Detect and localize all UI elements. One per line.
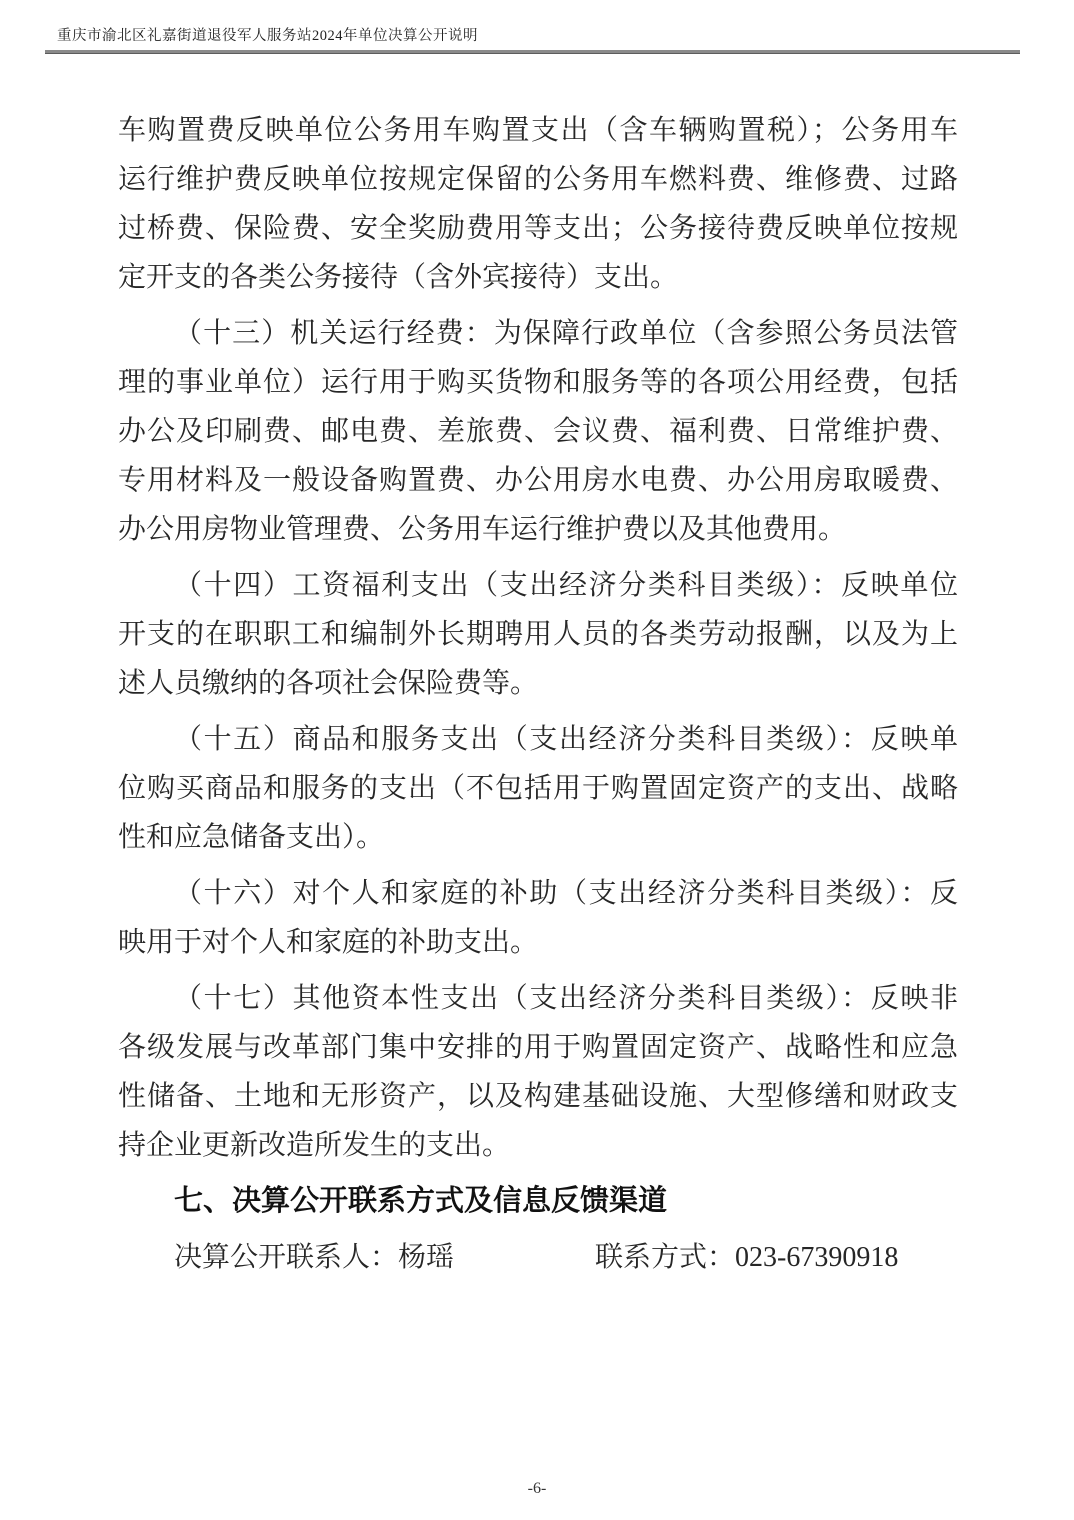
page-footer: -6- <box>0 1480 1074 1498</box>
body-line: 办公用房物业管理费、公务用车运行维护费以及其他费用。 <box>118 505 958 554</box>
section-heading: 七、决算公开联系方式及信息反馈渠道 <box>118 1177 958 1226</box>
body-line: 性储备、土地和无形资产，以及构建基础设施、大型修缮和财政支 <box>118 1072 958 1121</box>
contact-person-name: 杨瑶 <box>398 1242 454 1273</box>
body-line: 办公及印刷费、邮电费、差旅费、会议费、福利费、日常维护费、 <box>118 407 958 456</box>
body-line-paragraph-14: （十四）工资福利支出（支出经济分类科目类级）：反映单位 <box>118 561 958 610</box>
header-rule-divider <box>45 50 1020 54</box>
body-line: 专用材料及一般设备购置费、办公用房水电费、办公用房取暖费、 <box>118 456 958 505</box>
body-line: 性和应急储备支出）。 <box>118 813 958 862</box>
contact-phone-number: 023-67390918 <box>735 1242 898 1273</box>
body-line-paragraph-17: （十七）其他资本性支出（支出经济分类科目类级）：反映非 <box>118 974 958 1023</box>
body-line: 述人员缴纳的各项社会保险费等。 <box>118 659 958 708</box>
contact-person-label: 决算公开联系人： <box>174 1242 398 1273</box>
body-line: 定开支的各类公务接待（含外宾接待）支出。 <box>118 253 958 302</box>
header-title: 重庆市渝北区礼嘉街道退役军人服务站2024年单位决算公开说明 <box>45 26 1020 46</box>
document-page: 重庆市渝北区礼嘉街道退役军人服务站2024年单位决算公开说明 车购置费反映单位公… <box>0 0 1074 1520</box>
body-line: 位购买商品和服务的支出（不包括用于购置固定资产的支出、战略 <box>118 764 958 813</box>
body-line: 映用于对个人和家庭的补助支出。 <box>118 918 958 967</box>
body-line-paragraph-15: （十五）商品和服务支出（支出经济分类科目类级）：反映单 <box>118 715 958 764</box>
body-line: 车购置费反映单位公务用车购置支出（含车辆购置税）；公务用车 <box>118 106 958 155</box>
body-line: 各级发展与改革部门集中安排的用于购置固定资产、战略性和应急 <box>118 1023 958 1072</box>
body-line: 持企业更新改造所发生的支出。 <box>118 1121 958 1170</box>
body-line: 理的事业单位）运行用于购买货物和服务等的各项公用经费，包括 <box>118 358 958 407</box>
contact-line: 决算公开联系人：杨瑶 联系方式：023-67390918 <box>118 1233 958 1282</box>
page-header: 重庆市渝北区礼嘉街道退役军人服务站2024年单位决算公开说明 <box>45 26 1020 54</box>
body-line: 运行维护费反映单位按规定保留的公务用车燃料费、维修费、过路 <box>118 155 958 204</box>
body-line-paragraph-13: （十三）机关运行经费：为保障行政单位（含参照公务员法管 <box>118 309 958 358</box>
body-line-paragraph-16: （十六）对个人和家庭的补助（支出经济分类科目类级）：反 <box>118 869 958 918</box>
document-body: 车购置费反映单位公务用车购置支出（含车辆购置税）；公务用车 运行维护费反映单位按… <box>118 106 958 1282</box>
contact-method-label: 联系方式： <box>595 1242 735 1273</box>
body-line: 开支的在职职工和编制外长期聘用人员的各类劳动报酬，以及为上 <box>118 610 958 659</box>
contact-phone-group: 联系方式：023-67390918 <box>595 1233 898 1282</box>
page-number: -6- <box>528 1480 547 1497</box>
body-line: 过桥费、保险费、安全奖励费用等支出；公务接待费反映单位按规 <box>118 204 958 253</box>
